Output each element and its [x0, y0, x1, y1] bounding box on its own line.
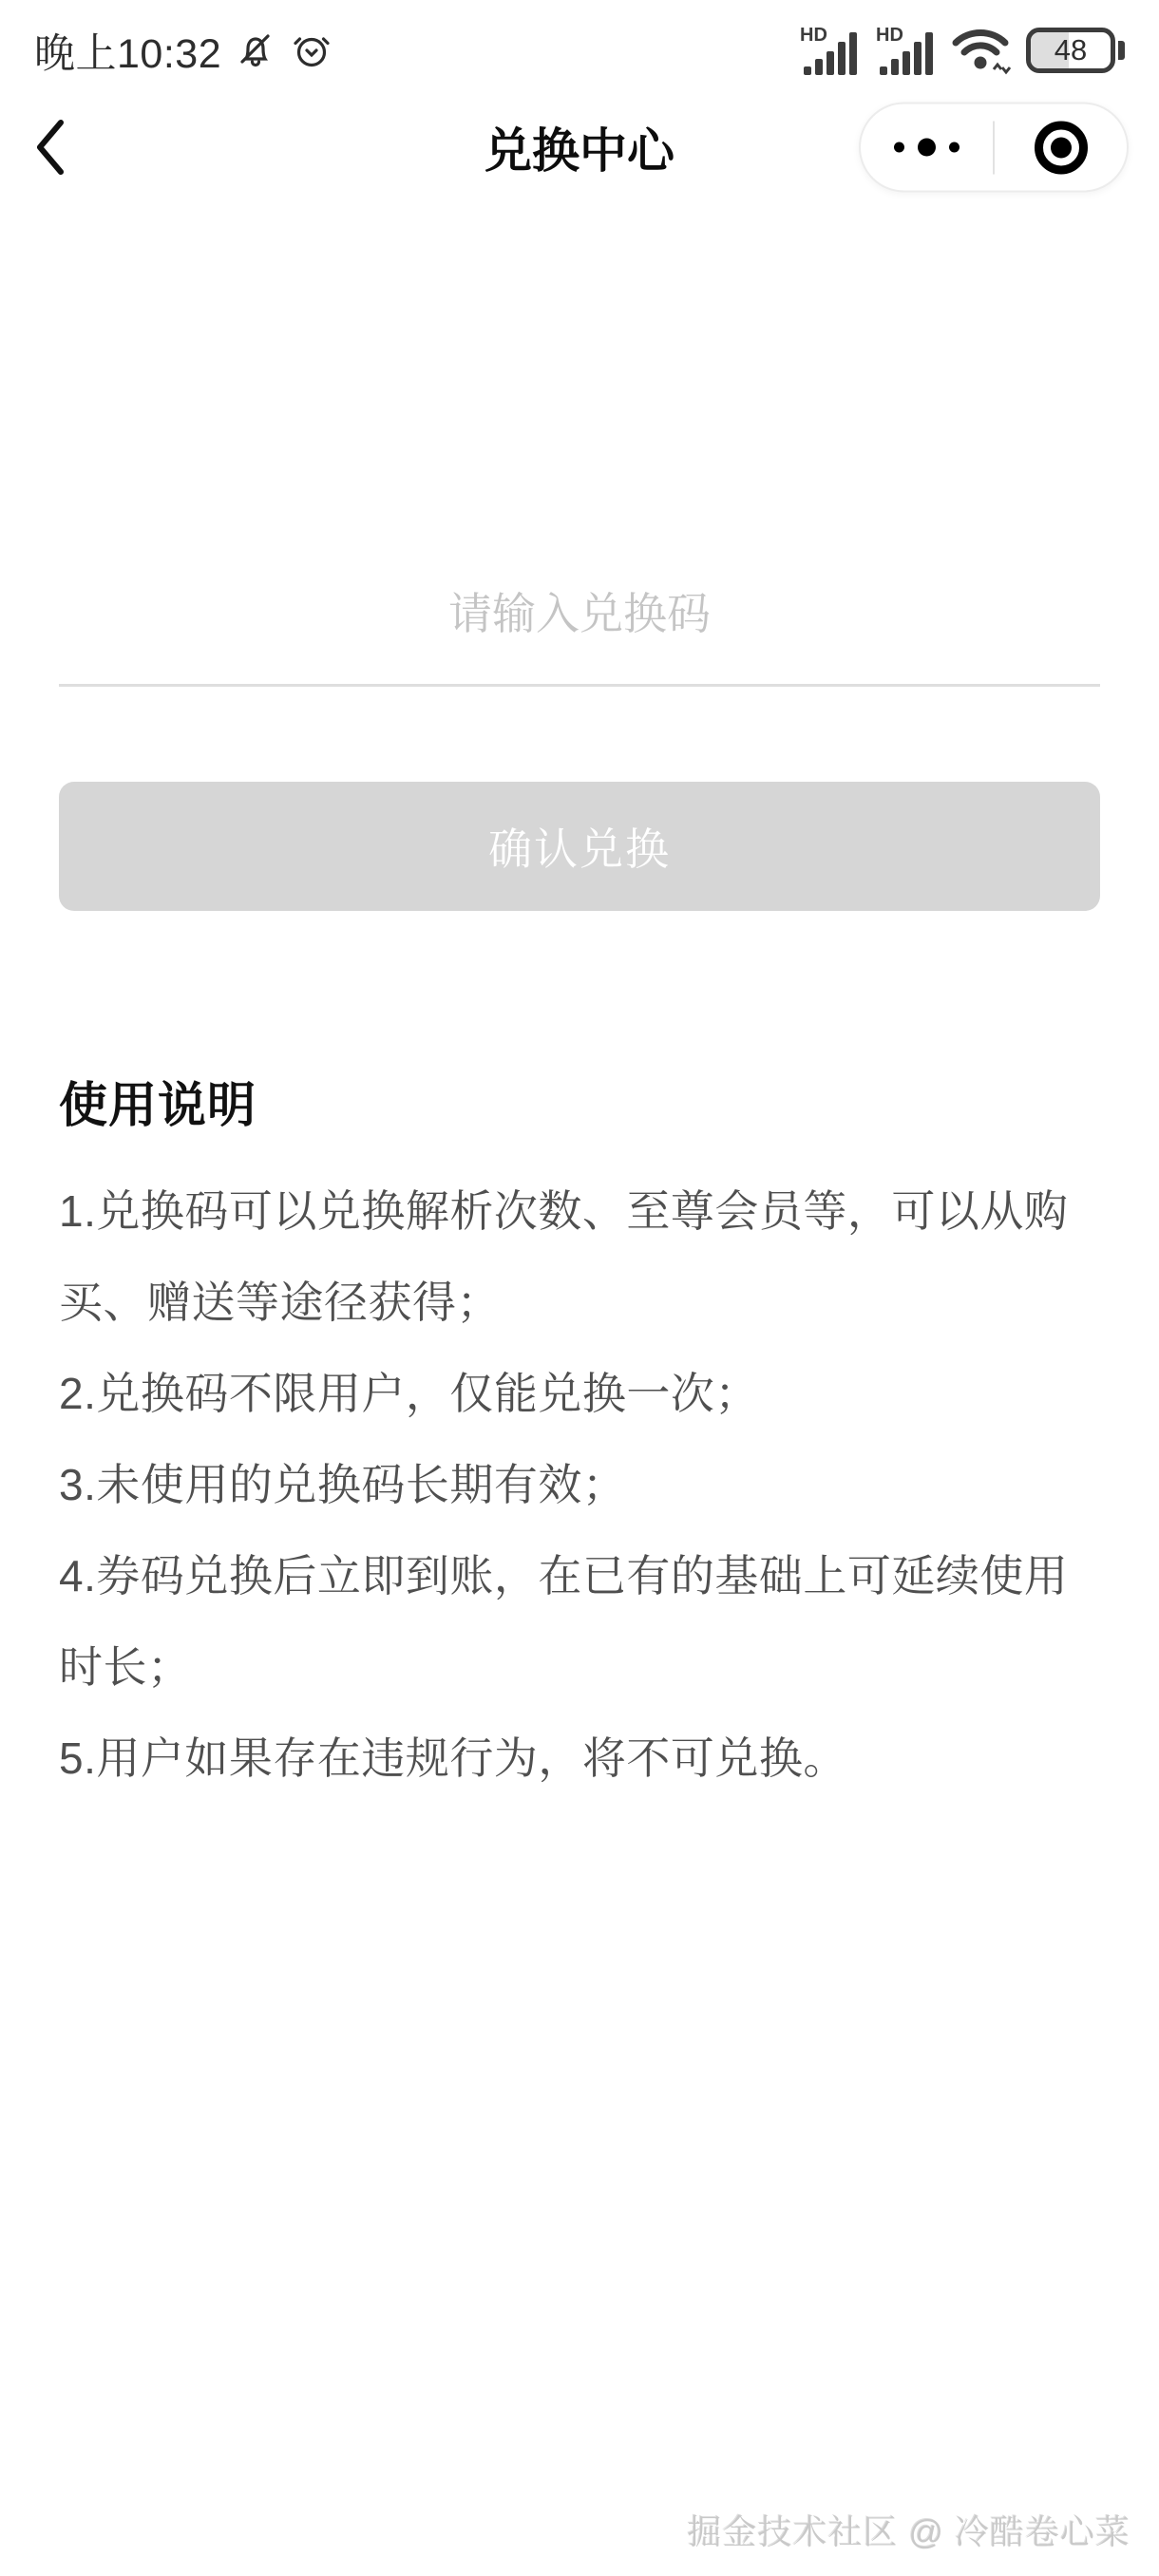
back-button[interactable] [34, 114, 87, 180]
svg-text:HD: HD [800, 25, 827, 46]
alarm-clock-icon [290, 29, 333, 71]
battery-icon: 48 [1026, 28, 1125, 73]
redeem-code-field-wrap [59, 576, 1100, 687]
miniprogram-capsule [859, 103, 1129, 193]
status-bar: 晚上10:32 HD [0, 0, 1159, 87]
more-button[interactable] [861, 104, 993, 191]
instruction-item: 1.兑换码可以兑换解析次数、至尊会员等，可以从购买、赠送等途径获得； [59, 1165, 1100, 1348]
instruction-item: 2.兑换码不限用户，仅能兑换一次； [59, 1348, 1100, 1439]
instruction-item: 4.券码兑换后立即到账，在已有的基础上可延续使用时长； [59, 1530, 1100, 1713]
svg-text:HD: HD [876, 25, 903, 46]
instruction-item: 3.未使用的兑换码长期有效； [59, 1439, 1100, 1530]
nav-bar: 兑换中心 [0, 87, 1159, 207]
community-watermark: 掘金技术社区 @ 冷酷卷心菜 [687, 2506, 1130, 2554]
clock-time: 晚上10:32 [34, 22, 221, 80]
battery-nub [1118, 41, 1125, 60]
circle-dot-icon [1035, 121, 1088, 174]
close-button[interactable] [995, 104, 1127, 191]
instructions-title: 使用说明 [59, 1072, 1100, 1139]
usage-instructions: 使用说明 1.兑换码可以兑换解析次数、至尊会员等，可以从购买、赠送等途径获得； … [59, 1072, 1100, 1804]
bell-muted-icon [235, 29, 276, 71]
cellular-signal-icon: HD [876, 25, 937, 76]
status-bar-left: 晚上10:32 [34, 22, 333, 80]
wifi-icon [952, 26, 1011, 75]
cellular-signal-icon: HD [800, 25, 861, 76]
more-dots-icon [894, 139, 959, 157]
page-title: 兑换中心 [484, 113, 674, 181]
confirm-redeem-button[interactable]: 确认兑换 [59, 782, 1100, 911]
battery-percent: 48 [1031, 32, 1111, 68]
chevron-left-icon [34, 118, 66, 177]
instruction-item: 5.用户如果存在违规行为，将不可兑换。 [59, 1713, 1100, 1804]
status-bar-right: HD HD [800, 25, 1125, 76]
redeem-code-input[interactable] [59, 576, 1100, 652]
